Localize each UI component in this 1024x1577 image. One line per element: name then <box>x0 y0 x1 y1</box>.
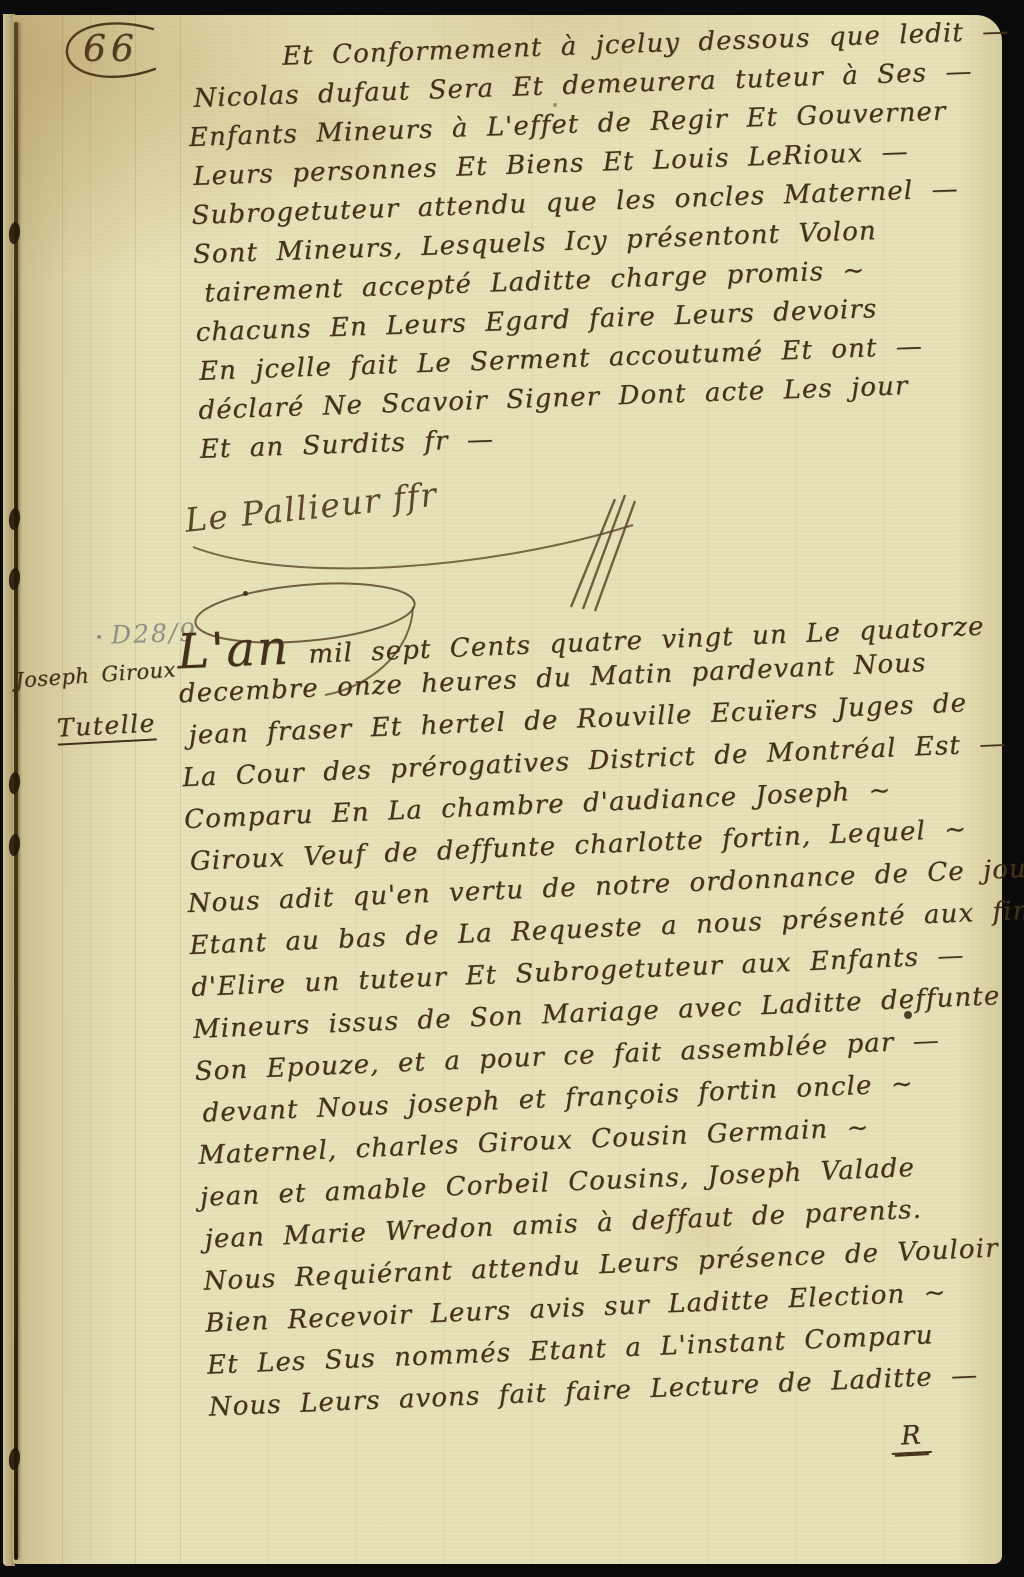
main-entry-paragraph: L'an mil sept Cents quatre vingt un Le q… <box>176 596 1024 1428</box>
chain-line <box>135 15 136 1564</box>
ink-speck <box>243 591 248 596</box>
catchword: R <box>890 1420 931 1455</box>
chain-line <box>180 15 181 1564</box>
page-number-block: 66 <box>53 19 173 89</box>
paper-speck <box>553 103 557 107</box>
ink-blot <box>904 1011 912 1019</box>
chain-line <box>90 15 91 1564</box>
manuscript-leaf: 66 Et Conformement à jceluy dessous que … <box>13 15 1002 1564</box>
margin-note-act-type: Tutelle <box>56 708 156 745</box>
margin-note-party-name: Joseph Giroux <box>14 657 176 692</box>
scanned-manuscript-page: 66 Et Conformement à jceluy dessous que … <box>0 0 1024 1577</box>
page-number: 66 <box>83 29 139 70</box>
chain-line <box>62 15 63 1564</box>
opening-act-paragraph: Et Conformement à jceluy dessous que led… <box>186 12 1024 470</box>
